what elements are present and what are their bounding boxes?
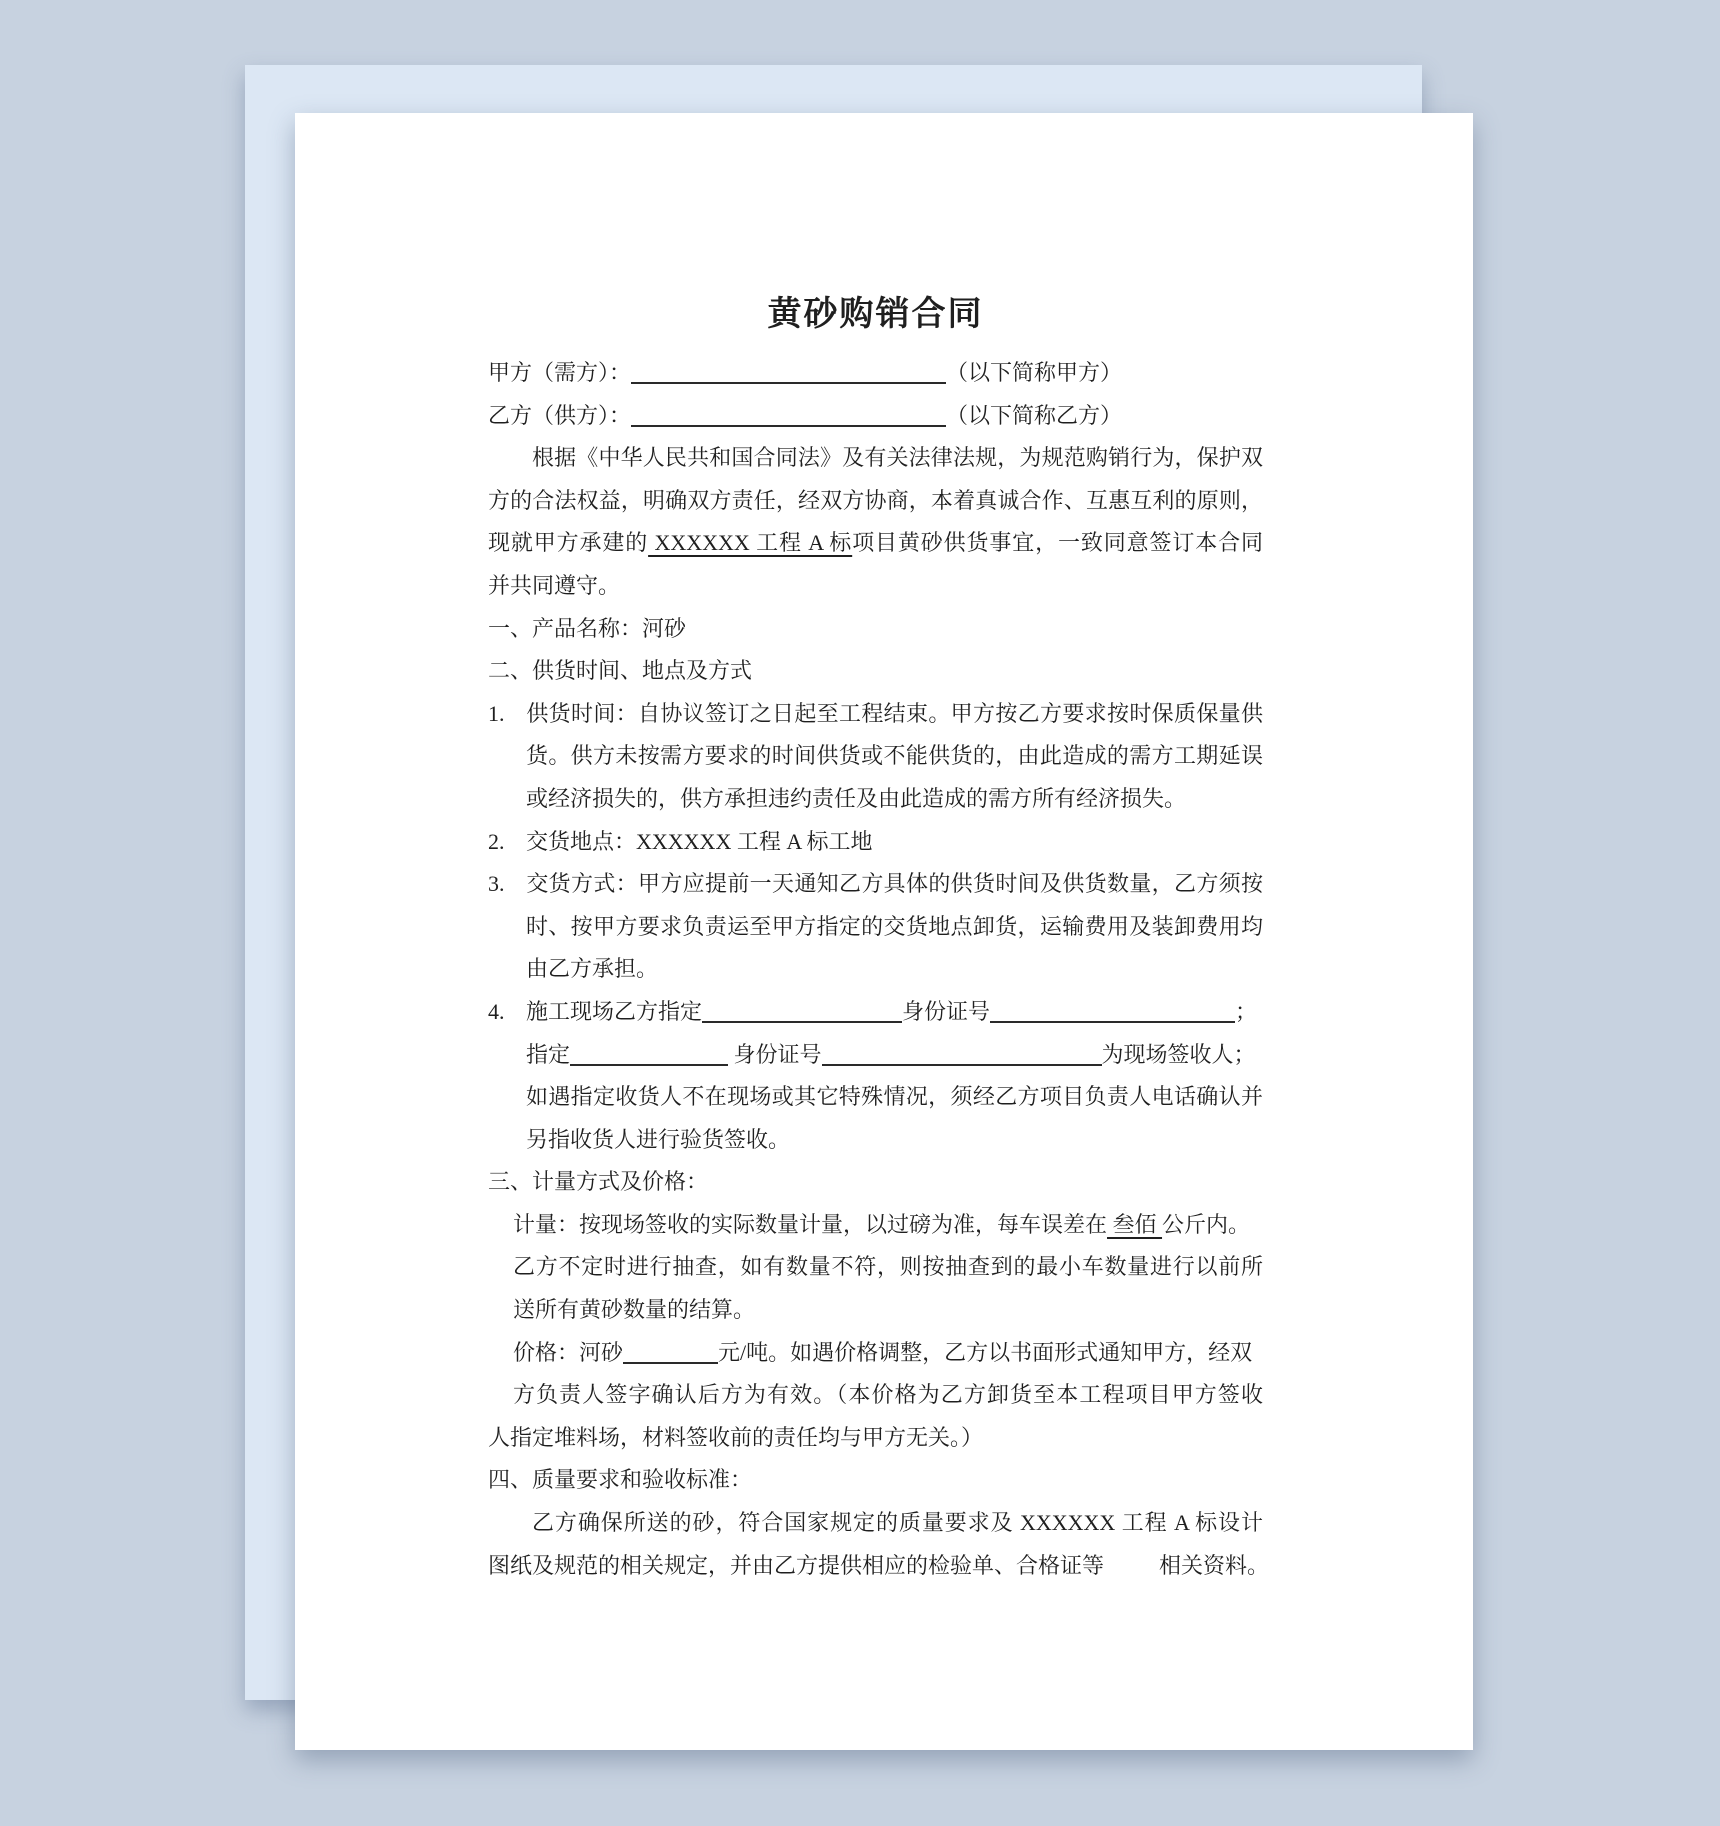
- text-segment: 人指定堆料场，材料签收前的责任均与甲方无关。）: [488, 1425, 983, 1450]
- text-segment: 货。供方未按需方要求的时间供货或不能供货的，由此造成的需方工期延误: [526, 743, 1263, 768]
- text-segment: 乙方不定时进行抽查，如有数量不符，则按抽查到的最小车数量进行以前所: [513, 1254, 1263, 1279]
- text-segment: 时、按甲方要求负责运至甲方指定的交货地点卸货，运输费用及装卸费用均: [526, 914, 1263, 939]
- text-segment: 现就甲方承建的: [488, 530, 648, 555]
- contract-line: 甲方（需方）：（以下简称甲方）: [488, 352, 1263, 395]
- contract-title: 黄砂购销合同: [488, 293, 1263, 337]
- contract-line: 由乙方承担。: [488, 948, 1263, 991]
- text-segment: 三、计量方式及价格：: [488, 1169, 708, 1194]
- text-segment: 公斤内。: [1162, 1212, 1250, 1237]
- text-segment: 四、质量要求和验收标准：: [488, 1467, 752, 1492]
- desk-background: 黄砂购销合同 甲方（需方）：（以下简称甲方）乙方（供方）：（以下简称乙方）根据《…: [0, 0, 1720, 1826]
- contract-line: 乙方（供方）：（以下简称乙方）: [488, 395, 1263, 438]
- fill-in-blank-line: [702, 999, 902, 1023]
- underlined-text-segment: XXXXXX 工程 A 标: [648, 530, 852, 555]
- contract-line: 方的合法权益，明确双方责任，经双方协商，本着真诚合作、互惠互利的原则，: [488, 480, 1263, 523]
- contract-line: 4.施工现场乙方指定身份证号；: [488, 991, 1263, 1034]
- text-segment: 身份证号: [728, 1042, 822, 1067]
- text-segment: 方负责人签字确认后方为有效。（本价格为乙方卸货至本工程项目甲方签收: [513, 1382, 1263, 1407]
- text-segment: 图纸及规范的相关规定，并由乙方提供相应的检验单、合格证等: [488, 1553, 1104, 1578]
- text-segment: 二、供货时间、地点及方式: [488, 658, 752, 683]
- contract-line: 计量：按现场签收的实际数量计量，以过磅为准，每车误差在 叁佰 公斤内。: [488, 1204, 1263, 1247]
- list-number: 1.: [488, 693, 526, 736]
- contract-line: 指定 身份证号为现场签收人；: [488, 1034, 1263, 1077]
- list-number: 2.: [488, 821, 526, 864]
- fill-in-blank-line: [631, 360, 946, 384]
- text-segment: 甲方（需方）：: [488, 360, 631, 385]
- text-segment: 相关资料。: [1159, 1553, 1269, 1578]
- contract-line: 根据《中华人民共和国合同法》及有关法律法规，为规范购销行为，保护双: [488, 437, 1263, 480]
- text-segment: （以下简称甲方）: [946, 360, 1122, 385]
- text-segment: 方的合法权益，明确双方责任，经双方协商，本着真诚合作、互惠互利的原则，: [488, 488, 1263, 513]
- contract-line: 并共同遵守。: [488, 565, 1263, 608]
- contract-line: 1.供货时间：自协议签订之日起至工程结束。甲方按乙方要求按时保质保量供: [488, 693, 1263, 736]
- text-segment: 为现场签收人；: [1102, 1042, 1256, 1067]
- list-number: 3.: [488, 863, 526, 906]
- contract-line: 图纸及规范的相关规定，并由乙方提供相应的检验单、合格证等相关资料。: [488, 1545, 1263, 1588]
- contract-body: 甲方（需方）：（以下简称甲方）乙方（供方）：（以下简称乙方）根据《中华人民共和国…: [488, 352, 1263, 1587]
- text-segment: ；: [1235, 999, 1257, 1024]
- list-number: 4.: [488, 991, 526, 1034]
- text-segment: 项目黄砂供货事宜，一致同意签订本合同: [852, 530, 1263, 555]
- contract-line: 二、供货时间、地点及方式: [488, 650, 1263, 693]
- text-segment: 另指收货人进行验货签收。: [526, 1127, 790, 1152]
- contract-line: 方负责人签字确认后方为有效。（本价格为乙方卸货至本工程项目甲方签收: [488, 1374, 1263, 1417]
- contract-line: 四、质量要求和验收标准：: [488, 1459, 1263, 1502]
- text-segment: 如遇指定收货人不在现场或其它特殊情况，须经乙方项目负责人电话确认并: [526, 1084, 1263, 1109]
- text-segment: 指定: [526, 1042, 570, 1067]
- fill-in-blank-line: [570, 1042, 728, 1066]
- text-segment: 由乙方承担。: [526, 956, 658, 981]
- text-segment: 送所有黄砂数量的结算。: [513, 1297, 755, 1322]
- contract-line: 或经济损失的，供方承担违约责任及由此造成的需方所有经济损失。: [488, 778, 1263, 821]
- contract-line: 价格：河砂元/吨。如遇价格调整，乙方以书面形式通知甲方，经双: [488, 1332, 1263, 1375]
- contract-line: 三、计量方式及价格：: [488, 1161, 1263, 1204]
- contract-line: 时、按甲方要求负责运至甲方指定的交货地点卸货，运输费用及装卸费用均: [488, 906, 1263, 949]
- fill-in-blank-line: [623, 1340, 718, 1364]
- text-segment: 元/吨。如遇价格调整，乙方以书面形式通知甲方，经双: [718, 1340, 1252, 1365]
- contract-line: 3.交货方式：甲方应提前一天通知乙方具体的供货时间及供货数量，乙方须按: [488, 863, 1263, 906]
- contract-line: 现就甲方承建的 XXXXXX 工程 A 标项目黄砂供货事宜，一致同意签订本合同: [488, 522, 1263, 565]
- contract-line: 送所有黄砂数量的结算。: [488, 1289, 1263, 1332]
- contract-page: 黄砂购销合同 甲方（需方）：（以下简称甲方）乙方（供方）：（以下简称乙方）根据《…: [295, 113, 1473, 1750]
- text-segment: 乙方（供方）：: [488, 403, 631, 428]
- text-segment: 根据《中华人民共和国合同法》及有关法律法规，为规范购销行为，保护双: [532, 445, 1263, 470]
- text-segment: 交货方式：甲方应提前一天通知乙方具体的供货时间及供货数量，乙方须按: [526, 871, 1263, 896]
- contract-line: 乙方不定时进行抽查，如有数量不符，则按抽查到的最小车数量进行以前所: [488, 1246, 1263, 1289]
- contract-line: 乙方确保所送的砂，符合国家规定的质量要求及 XXXXXX 工程 A 标设计: [488, 1502, 1263, 1545]
- text-segment: 或经济损失的，供方承担违约责任及由此造成的需方所有经济损失。: [526, 786, 1186, 811]
- contract-line: 一、产品名称：河砂: [488, 608, 1263, 651]
- contract-line: 货。供方未按需方要求的时间供货或不能供货的，由此造成的需方工期延误: [488, 735, 1263, 778]
- contract-line: 另指收货人进行验货签收。: [488, 1119, 1263, 1162]
- text-segment: 施工现场乙方指定: [526, 999, 702, 1024]
- text-segment: 供货时间：自协议签订之日起至工程结束。甲方按乙方要求按时保质保量供: [526, 701, 1263, 726]
- fill-in-blank-line: [631, 403, 946, 427]
- text-segment: 交货地点：XXXXXX 工程 A 标工地: [526, 829, 873, 854]
- fill-in-blank-line: [822, 1042, 1102, 1066]
- text-segment: 价格：河砂: [513, 1340, 623, 1365]
- text-segment: （以下简称乙方）: [946, 403, 1122, 428]
- text-segment: 乙方确保所送的砂，符合国家规定的质量要求及 XXXXXX 工程 A 标设计: [532, 1510, 1263, 1535]
- text-segment: 一、产品名称：河砂: [488, 616, 686, 641]
- text-segment: 计量：按现场签收的实际数量计量，以过磅为准，每车误差在: [513, 1212, 1107, 1237]
- contract-line: 人指定堆料场，材料签收前的责任均与甲方无关。）: [488, 1417, 1263, 1460]
- text-segment: 并共同遵守。: [488, 573, 620, 598]
- contract-line: 2.交货地点：XXXXXX 工程 A 标工地: [488, 821, 1263, 864]
- text-segment: 身份证号: [902, 999, 990, 1024]
- fill-in-blank-line: [990, 999, 1235, 1023]
- contract-line: 如遇指定收货人不在现场或其它特殊情况，须经乙方项目负责人电话确认并: [488, 1076, 1263, 1119]
- underlined-text-segment: 叁佰: [1107, 1212, 1162, 1237]
